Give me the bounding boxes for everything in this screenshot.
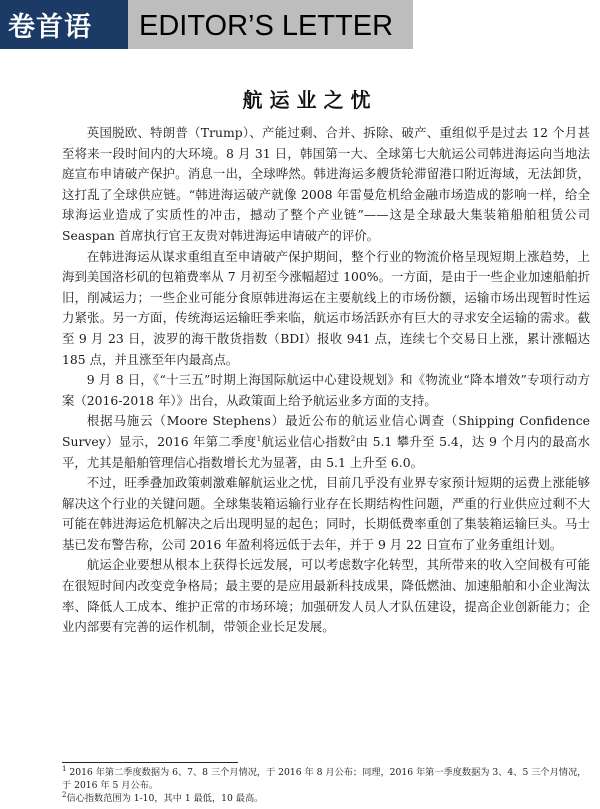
footnotes: 1 2016 年第二季度数据为 6、7、8 三个月情况，于 2016 年 8 月… [62, 767, 590, 805]
article-body: 英国脱欧、特朗普（Trump）、产能过剩、合并、拆除、破产、重组似乎是过去 12… [62, 123, 590, 638]
footnote-2: 2信心指数范围为 1-10，其中 1 最低，10 最高。 [62, 793, 590, 806]
footnote-1: 1 2016 年第二季度数据为 6、7、8 三个月情况，于 2016 年 8 月… [62, 767, 590, 793]
paragraph-5: 不过，旺季叠加政策刺激难解航运业之忧，目前几乎没有业界专家预计短期的运费上涨能够… [62, 473, 590, 555]
footnote-text: 信心指数范围为 1-10，其中 1 最低，10 最高。 [66, 793, 263, 804]
paragraph-2: 在韩进海运从谋求重组直至申请破产保护期间，整个行业的物流价格呈现短期上涨趋势，上… [62, 247, 590, 371]
footnote-divider [62, 762, 238, 763]
article-title: 航运业之忧 [0, 84, 600, 113]
paragraph-3: 9 月 8 日，《“十三五”时期上海国际航运中心建设规划》和《物流业“降本增效”… [62, 370, 590, 411]
section-header: 卷首语 EDITOR’S LETTER [0, 0, 413, 49]
paragraph-4: 根据马施云（Moore Stephens）最近公布的航运业信心调查（Shippi… [62, 411, 590, 473]
section-label-cn: 卷首语 [0, 0, 128, 49]
paragraph-4-part-b: 航运业信心指数 [261, 434, 351, 449]
footnote-text: 2016 年第二季度数据为 6、7、8 三个月情况，于 2016 年 8 月公布… [62, 767, 586, 791]
paragraph-1: 英国脱欧、特朗普（Trump）、产能过剩、合并、拆除、破产、重组似乎是过去 12… [62, 123, 590, 247]
section-label-en: EDITOR’S LETTER [128, 0, 413, 49]
paragraph-6: 航运企业要想从根本上获得长远发展，可以考虑数字化转型，其所带来的收入空间极有可能… [62, 555, 590, 637]
